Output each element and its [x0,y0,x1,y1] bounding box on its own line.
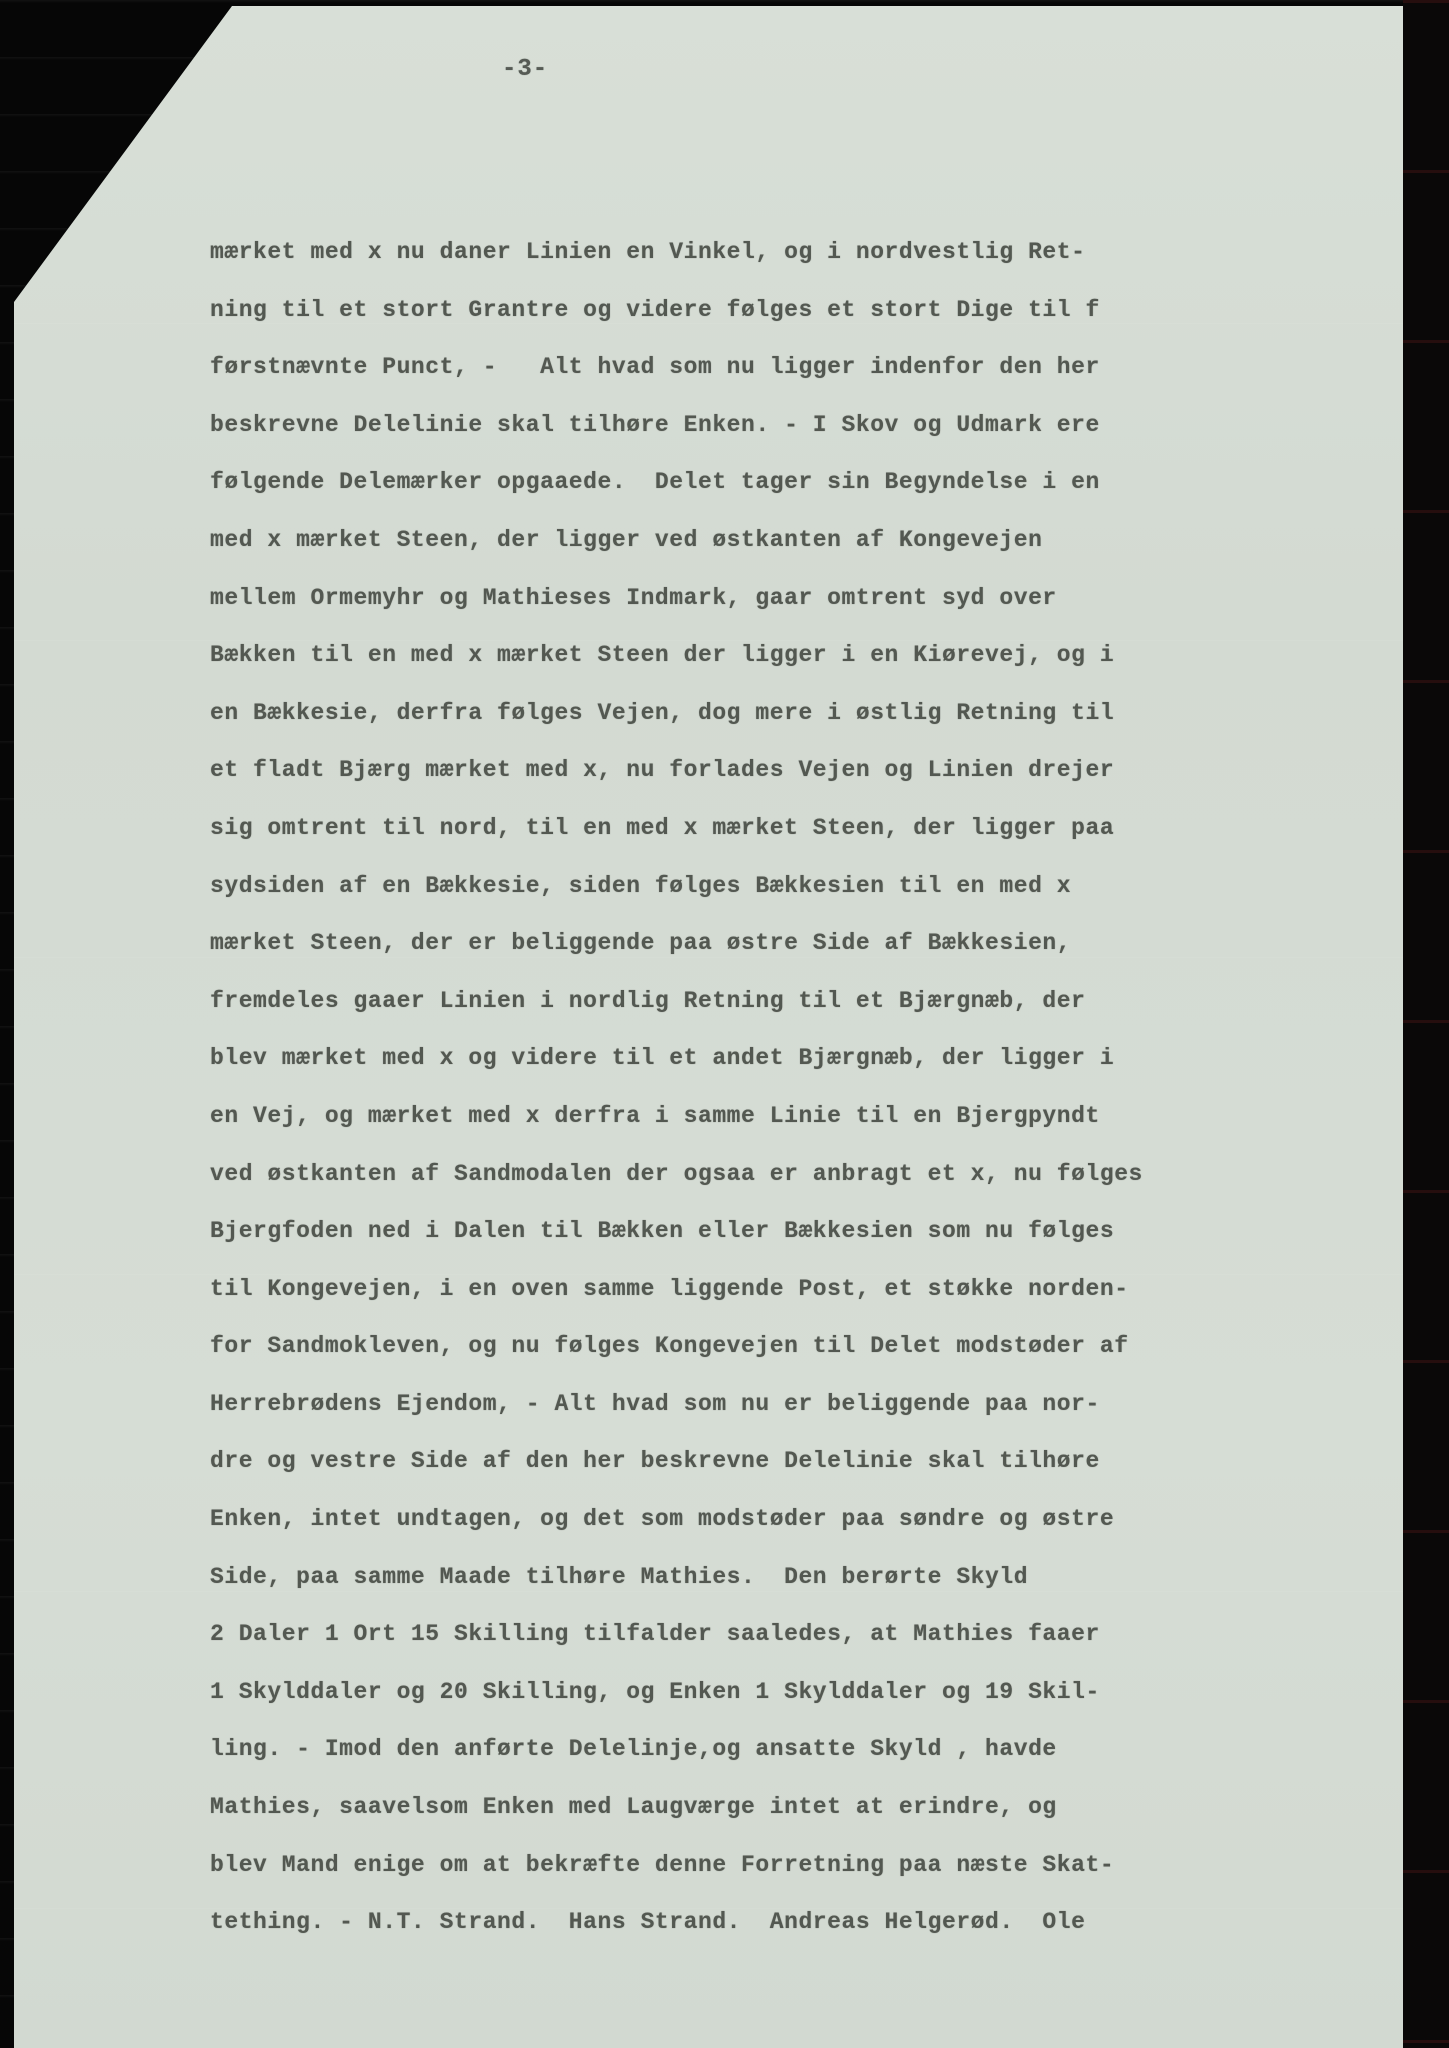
text-line: fremdeles gaaer Linien i nordlig Retning… [210,973,1220,1031]
text-line: beskrevne Delelinie skal tilhøre Enken. … [210,397,1220,455]
scan-edge-artifact [1403,0,1449,2048]
text-line: Bjergfoden ned i Dalen til Bækken eller … [210,1203,1220,1261]
text-line: blev mærket med x og videre til et andet… [210,1030,1220,1088]
text-line: sydsiden af en Bækkesie, siden følges Bæ… [210,858,1220,916]
text-line: ning til et stort Grantre og videre følg… [210,282,1220,340]
document-page: -3- mærket med x nu daner Linien en Vink… [14,6,1404,2048]
document-text: mærket med x nu daner Linien en Vinkel, … [210,224,1220,1952]
text-line: tething. - N.T. Strand. Hans Strand. And… [210,1894,1220,1952]
text-line: førstnævnte Punct, - Alt hvad som nu lig… [210,339,1220,397]
text-line: 2 Daler 1 Ort 15 Skilling tilfalder saal… [210,1606,1220,1664]
text-line: en Vej, og mærket med x derfra i samme L… [210,1088,1220,1146]
text-line: et fladt Bjærg mærket med x, nu forlades… [210,742,1220,800]
text-line: til Kongevejen, i en oven samme liggende… [210,1261,1220,1319]
text-line: en Bækkesie, derfra følges Vejen, dog me… [210,685,1220,743]
text-line: ling. - Imod den anførte Delelinje,og an… [210,1721,1220,1779]
scanner-background: -3- mærket med x nu daner Linien en Vink… [0,0,1449,2048]
text-line: Side, paa samme Maade tilhøre Mathies. D… [210,1549,1220,1607]
text-line: for Sandmokleven, og nu følges Kongeveje… [210,1318,1220,1376]
text-line: Herrebrødens Ejendom, - Alt hvad som nu … [210,1376,1220,1434]
page-number: -3- [502,56,548,83]
text-line: mellem Ormemyhr og Mathieses Indmark, ga… [210,570,1220,628]
text-line: 1 Skylddaler og 20 Skilling, og Enken 1 … [210,1664,1220,1722]
text-line: mærket Steen, der er beliggende paa østr… [210,915,1220,973]
text-line: følgende Delemærker opgaaede. Delet tage… [210,454,1220,512]
text-line: med x mærket Steen, der ligger ved østka… [210,512,1220,570]
text-line: Bækken til en med x mærket Steen der lig… [210,627,1220,685]
text-line: sig omtrent til nord, til en med x mærke… [210,800,1220,858]
text-line: dre og vestre Side af den her beskrevne … [210,1433,1220,1491]
text-line: Enken, intet undtagen, og det som modstø… [210,1491,1220,1549]
text-line: mærket med x nu daner Linien en Vinkel, … [210,224,1220,282]
text-line: Mathies, saavelsom Enken med Laugværge i… [210,1779,1220,1837]
text-line: ved østkanten af Sandmodalen der ogsaa e… [210,1146,1220,1204]
text-line: blev Mand enige om at bekræfte denne For… [210,1837,1220,1895]
